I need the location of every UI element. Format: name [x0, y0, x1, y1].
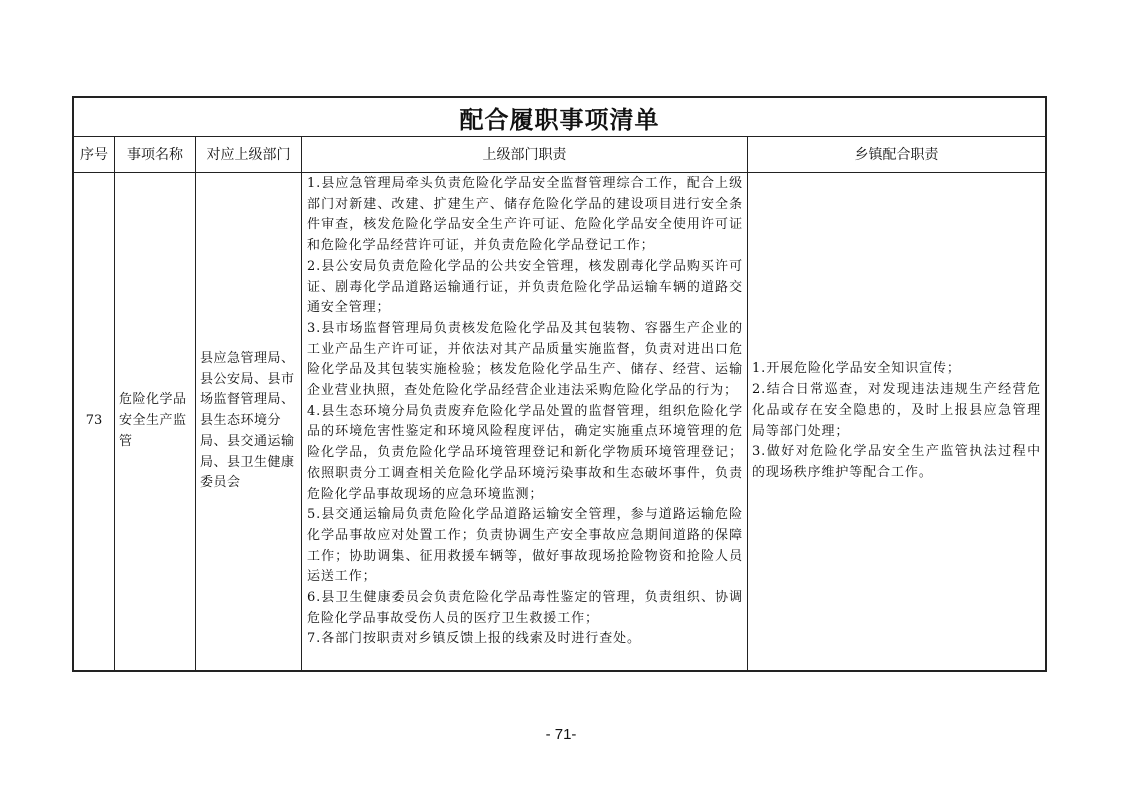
township-duty-1: 1.开展危险化学品安全知识宣传； — [752, 359, 1041, 380]
row-item-name: 危险化学品安全生产监管 — [115, 173, 196, 670]
township-duty-3: 3.做好对危险化学品安全生产监管执法过程中的现场秩序维护等配合工作。 — [752, 442, 1041, 483]
row-superior-departments: 县应急管理局、县公安局、县市场监督管理局、县生态环境分局、县交通运输局、县卫生健… — [196, 173, 302, 670]
row-township-duties: 1.开展危险化学品安全知识宣传； 2.结合日常巡查，对发现违法违规生产经营危化品… — [748, 173, 1045, 670]
table-title-row: 配合履职事项清单 — [74, 98, 1045, 137]
superior-duty-3: 3.县市场监督管理局负责核发危险化学品及其包装物、容器生产企业的工业产品生产许可… — [307, 319, 743, 402]
row-index-text: 73 — [86, 411, 103, 432]
table-header-row: 序号 事项名称 对应上级部门 上级部门职责 乡镇配合职责 — [74, 136, 1045, 173]
row-superior-duties: 1.县应急管理局牵头负责危险化学品安全监督管理综合工作，配合上级部门对新建、改建… — [302, 173, 748, 670]
row-index: 73 — [74, 173, 115, 670]
superior-duty-6: 6.县卫生健康委员会负责危险化学品毒性鉴定的管理，负责组织、协调危险化学品事故受… — [307, 588, 743, 629]
duties-table: 配合履职事项清单 序号 事项名称 对应上级部门 上级部门职责 乡镇配合职责 73… — [72, 96, 1047, 672]
superior-duty-7: 7.各部门按职责对乡镇反馈上报的线索及时进行查处。 — [307, 629, 743, 650]
header-item-name: 事项名称 — [115, 136, 196, 172]
item-name-text: 危险化学品安全生产监管 — [115, 390, 195, 452]
superior-duty-4: 4.县生态环境分局负责废弃危险化学品处置的监督管理，组织危险化学品的环境危害性鉴… — [307, 402, 743, 506]
header-superior-departments: 对应上级部门 — [196, 136, 302, 172]
table-row: 73 危险化学品安全生产监管 县应急管理局、县公安局、县市场监督管理局、县生态环… — [74, 173, 1045, 670]
header-index: 序号 — [74, 136, 115, 172]
header-township-duties: 乡镇配合职责 — [748, 136, 1045, 172]
superior-duty-1: 1.县应急管理局牵头负责危险化学品安全监督管理综合工作，配合上级部门对新建、改建… — [307, 174, 743, 257]
header-superior-duties: 上级部门职责 — [302, 136, 748, 172]
superior-duties-list: 1.县应急管理局牵头负责危险化学品安全监督管理综合工作，配合上级部门对新建、改建… — [302, 173, 747, 650]
township-duties-list: 1.开展危险化学品安全知识宣传； 2.结合日常巡查，对发现违法违规生产经营危化品… — [748, 359, 1045, 483]
document-title: 配合履职事项清单 — [460, 100, 660, 135]
page-number: - 71- — [0, 726, 1122, 743]
superior-duty-5: 5.县交通运输局负责危险化学品道路运输安全管理，参与道路运输危险化学品事故应对处… — [307, 505, 743, 588]
superior-duty-2: 2.县公安局负责危险化学品的公共安全管理，核发剧毒化学品购买许可证、剧毒化学品道… — [307, 257, 743, 319]
superior-departments-text: 县应急管理局、县公安局、县市场监督管理局、县生态环境分局、县交通运输局、县卫生健… — [196, 349, 301, 494]
township-duty-2: 2.结合日常巡查，对发现违法违规生产经营危化品或存在安全隐患的，及时上报县应急管… — [752, 380, 1041, 442]
